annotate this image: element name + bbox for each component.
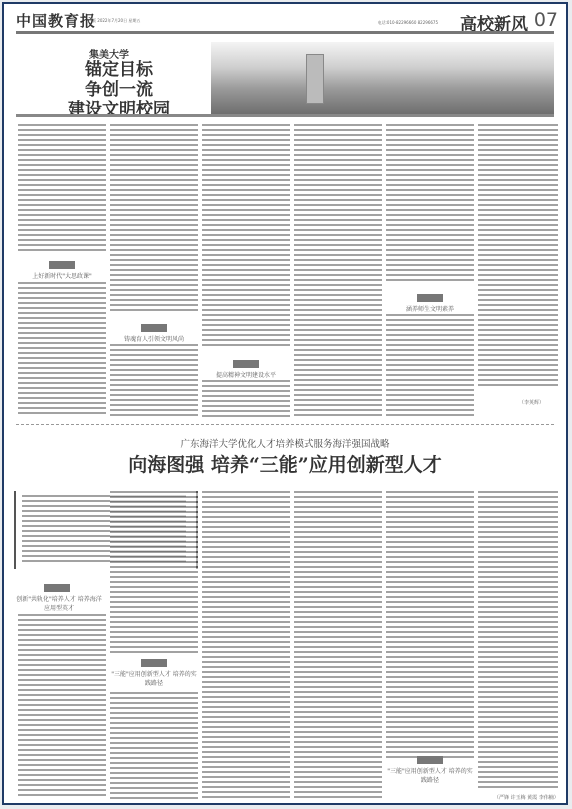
article2-column xyxy=(386,491,474,759)
newspaper-page: 中国教育报 产版 2022年7月20日 星期五 电话:010-82296660 … xyxy=(2,2,568,805)
issue-date: 产版 2022年7月20日 星期五 xyxy=(88,18,140,24)
article2-kicker: 广东海洋大学优化人才培养模式服务海洋强国战略 xyxy=(4,436,566,450)
masthead: 中国教育报 产版 2022年7月20日 星期五 电话:010-82296660 … xyxy=(10,8,558,30)
tower-building xyxy=(306,54,324,104)
article2-subhead: "三能"应用创新型人才 培养的实践路径 xyxy=(110,669,198,687)
article2-column xyxy=(18,614,106,799)
article2-subhead: "三能"应用创新型人才 培养的实践路径 xyxy=(386,766,474,784)
subhead-tag xyxy=(417,756,443,764)
article2-column xyxy=(110,692,198,799)
article1-column xyxy=(478,124,558,389)
article1-column xyxy=(202,124,290,349)
masthead-rule xyxy=(16,31,554,34)
subhead-tag xyxy=(141,659,167,667)
subhead-tag xyxy=(141,324,167,332)
subhead-tag xyxy=(233,360,259,368)
page-number: 07 xyxy=(534,9,558,31)
article1-subhead: 涵养师生文明素养 xyxy=(386,304,474,313)
article1-subhead: 铸魂育人引领文明风尚 xyxy=(110,334,198,343)
article1-column xyxy=(386,124,474,284)
article2-column xyxy=(110,491,198,656)
article1-column xyxy=(18,282,106,417)
subhead-tag xyxy=(49,261,75,269)
subhead-tag xyxy=(417,294,443,302)
article1-column xyxy=(18,124,106,254)
article2-subhead: 创新"共轨化"培养人才 培养海洋应用型英才 xyxy=(14,594,104,612)
headline-line: 建设文明校园 xyxy=(44,100,194,120)
article1-column xyxy=(294,124,382,417)
article1-kicker: 集美大学 xyxy=(89,46,129,61)
headline-line: 争创一流 xyxy=(44,80,194,100)
article2-column xyxy=(294,491,382,799)
subhead-tag xyxy=(44,584,70,592)
headline-line: 锚定目标 xyxy=(44,60,194,80)
article2-column xyxy=(202,491,290,799)
article1-column xyxy=(202,380,290,417)
article1-subhead: 提高精神文明建设水平 xyxy=(202,370,290,379)
article-divider xyxy=(16,424,554,426)
article2-byline: （严锋 许玉梅 黄霞 李伟楠） xyxy=(494,794,559,801)
article1-headline: 锚定目标 争创一流 建设文明校园 xyxy=(44,60,194,120)
article2-headline: 向海图强 培养“三能”应用创新型人才 xyxy=(4,450,566,477)
article1-byline: （李英辉） xyxy=(519,399,544,406)
article1-column xyxy=(110,344,198,417)
newspaper-logo: 中国教育报 xyxy=(16,10,96,31)
article1-column xyxy=(110,124,198,314)
article2-column xyxy=(478,491,558,791)
hero-rule xyxy=(16,114,554,117)
campus-aerial-photo xyxy=(211,42,554,114)
contact-info: 电话:010-82296660 82296675 xyxy=(378,20,438,26)
article1-column xyxy=(386,314,474,417)
article1-subhead: 上好新时代"大思政课" xyxy=(18,271,106,280)
